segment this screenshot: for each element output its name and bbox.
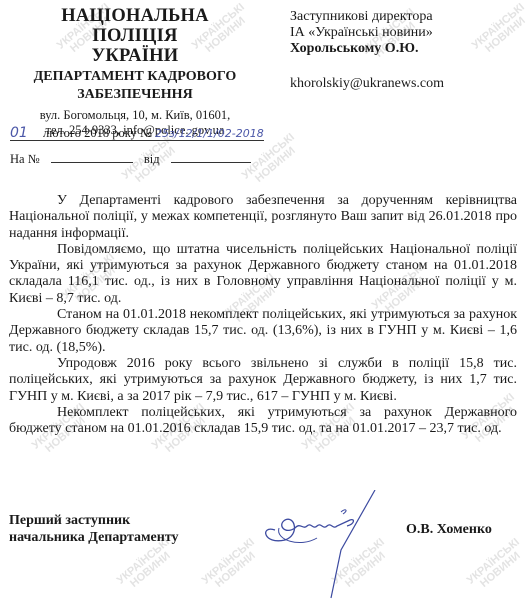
paragraph: Станом на 01.01.2018 некомплект поліцейс… [9,307,517,356]
org-name-line1: НАЦІОНАЛЬНА ПОЛІЦІЯ [20,6,250,46]
paragraph: Некомплект поліцейських, які утримуються… [9,405,517,438]
reference-line: На № від [10,152,259,167]
department-line2: ЗАБЕЗПЕЧЕННЯ [20,87,250,103]
reference-date-label: від [144,152,160,166]
watermark-logo: УКРАЇНСЬКІНОВИНИ [470,2,528,60]
signatory-name: О.В. Хоменко [406,522,492,538]
paragraph: У Департаменті кадрового забезпечення за… [9,193,517,242]
recipient-name: Хорольському О.Ю. [290,41,444,57]
recipient-email: khorolskiy@ukranews.com [290,76,444,92]
paragraph: Упродовж 2016 року всього звільнено зі с… [9,356,517,405]
signatory-title-line2: начальника Департаменту [9,529,179,546]
reference-date-blank [171,152,251,163]
recipient-block: Заступникові директора ІА «Українські но… [290,9,444,92]
outgoing-date-number: 01 лютого 2018 року № 25з/12/1/1/02-2018 [10,125,264,141]
handwritten-day: 01 [10,125,28,141]
reference-number-label: На № [10,152,40,166]
signatory-title-line1: Перший заступник [9,512,179,529]
reference-number-blank [51,152,133,163]
date-text: лютого 2018 року № [43,126,152,140]
org-name-line2: УКРАЇНИ [20,46,250,66]
letterhead: НАЦІОНАЛЬНА ПОЛІЦІЯ УКРАЇНИ ДЕПАРТАМЕНТ … [20,6,250,138]
address: вул. Богомольця, 10, м. Київ, 01601, [20,108,250,123]
letter-body: У Департаменті кадрового забезпечення за… [9,193,517,437]
recipient-organization: ІА «Українські новини» [290,25,444,41]
paragraph: Повідомляємо, що штатна чисельність полі… [9,242,517,307]
department-line1: ДЕПАРТАМЕНТ КАДРОВОГО [20,69,250,85]
handwritten-document-number: 25з/12/1/1/02-2018 [155,127,264,141]
handwritten-signature-icon [255,490,395,600]
recipient-position: Заступникові директора [290,9,444,25]
signatory-title: Перший заступник начальника Департаменту [9,512,179,546]
watermark-logo: УКРАЇНСЬКІНОВИНИ [465,537,528,595]
